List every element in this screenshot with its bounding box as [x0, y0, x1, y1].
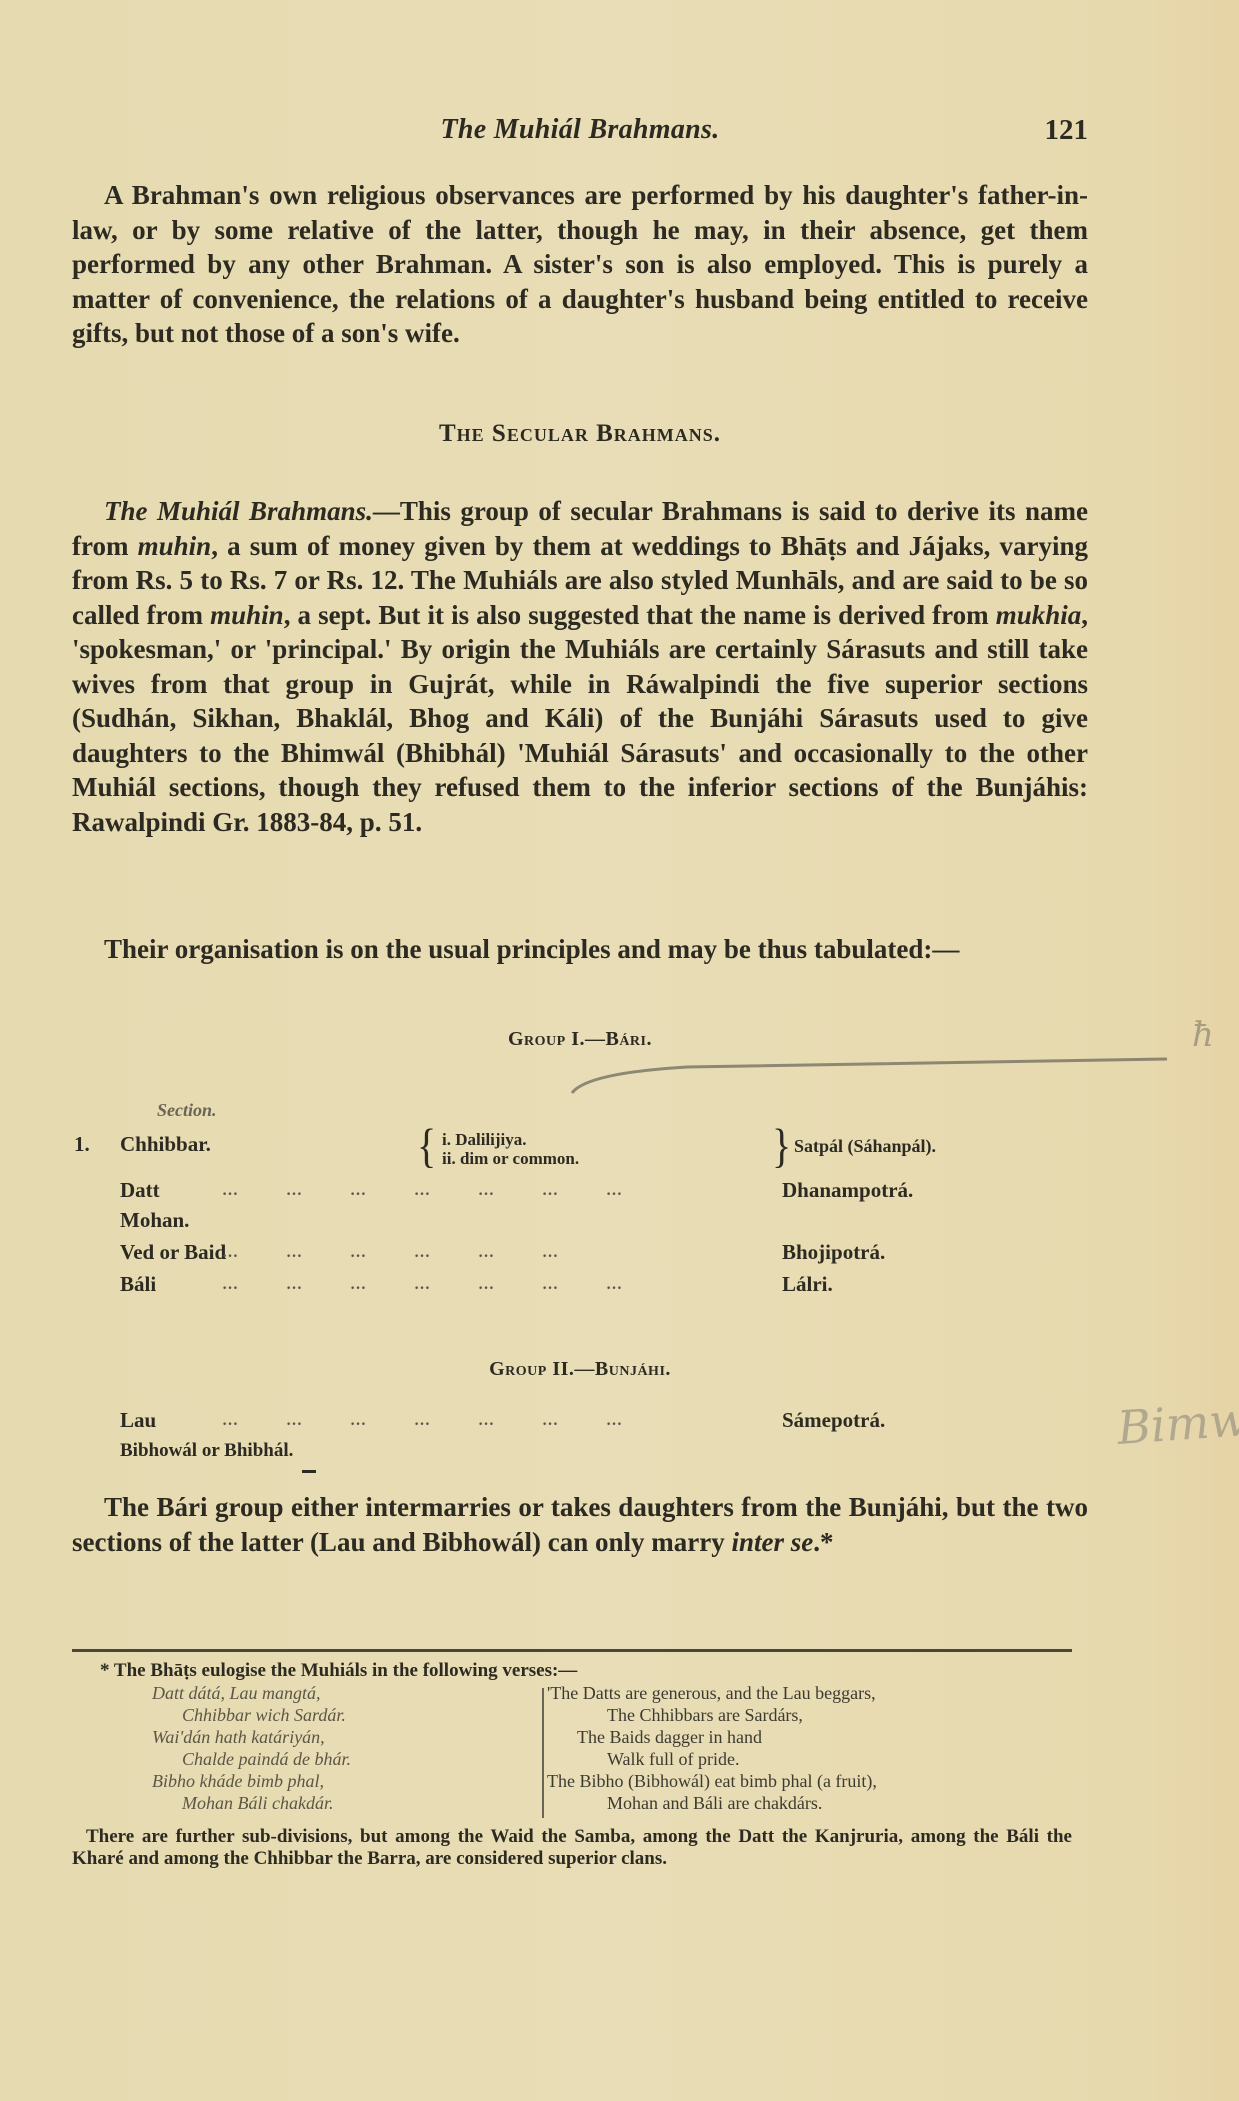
- footnote-tail: There are further sub-divisions, but amo…: [72, 1826, 1072, 1870]
- group-1-heading: Group I.—Bári.: [72, 1028, 1088, 1051]
- pencil-margin-note: Bimwál: [1115, 1389, 1239, 1455]
- table-row: Datt … … … … … … … Dhanampotrá.: [72, 1178, 1088, 1208]
- footnote-rule: [72, 1649, 1072, 1652]
- group-2-heading: Group II.—Bunjáhi.: [72, 1358, 1088, 1381]
- paragraph-lead: The Muhiál Brahmans.: [104, 496, 373, 526]
- section-heading: The Secular Brahmans.: [72, 420, 1088, 448]
- table-row: Mohan.: [72, 1208, 1088, 1238]
- paragraph-observances: A Brahman's own religious observances ar…: [72, 178, 1088, 351]
- verse-original: Datt dátá, Lau mangtá, Chhibbar wich Sar…: [152, 1682, 552, 1814]
- table-row: Lau … … … … … … … Sámepotrá.: [72, 1408, 1088, 1438]
- running-title: The Muhiál Brahmans.: [72, 114, 1088, 146]
- pencil-underline-mark: [567, 1055, 1217, 1095]
- section-column-label: Section.: [157, 1100, 217, 1121]
- pencil-margin-mark: ħ: [1192, 1015, 1214, 1055]
- table-row: Bibhowál or Bhibhál.: [72, 1440, 1088, 1470]
- running-head: The Muhiál Brahmans. 121: [72, 114, 1088, 154]
- paragraph-bari-group: The Bári group either intermarries or ta…: [72, 1490, 1088, 1559]
- paragraph-organisation: Their organisation is on the usual princ…: [72, 932, 1088, 967]
- right-brace: }: [772, 1122, 791, 1170]
- table-row: Ved or Baid … … … … … … Bhojipotrá.: [72, 1240, 1088, 1270]
- paragraph-muhial-brahmans: The Muhiál Brahmans.—This group of secul…: [72, 494, 1088, 839]
- footnote-intro: * The Bhāṭs eulogise the Muhiáls in the …: [100, 1660, 1090, 1682]
- table-row: Báli … … … … … … … Lálri.: [72, 1272, 1088, 1302]
- short-rule: [302, 1470, 316, 1473]
- verse-divider: [542, 1688, 544, 1818]
- page-number: 121: [1045, 114, 1089, 147]
- verse-translation: 'The Datts are generous, and the Lau beg…: [547, 1682, 1067, 1814]
- left-brace: {: [417, 1122, 436, 1170]
- table-row: 1. Chhibbar. { i. Dalilijiya. ii. dim or…: [72, 1132, 1088, 1162]
